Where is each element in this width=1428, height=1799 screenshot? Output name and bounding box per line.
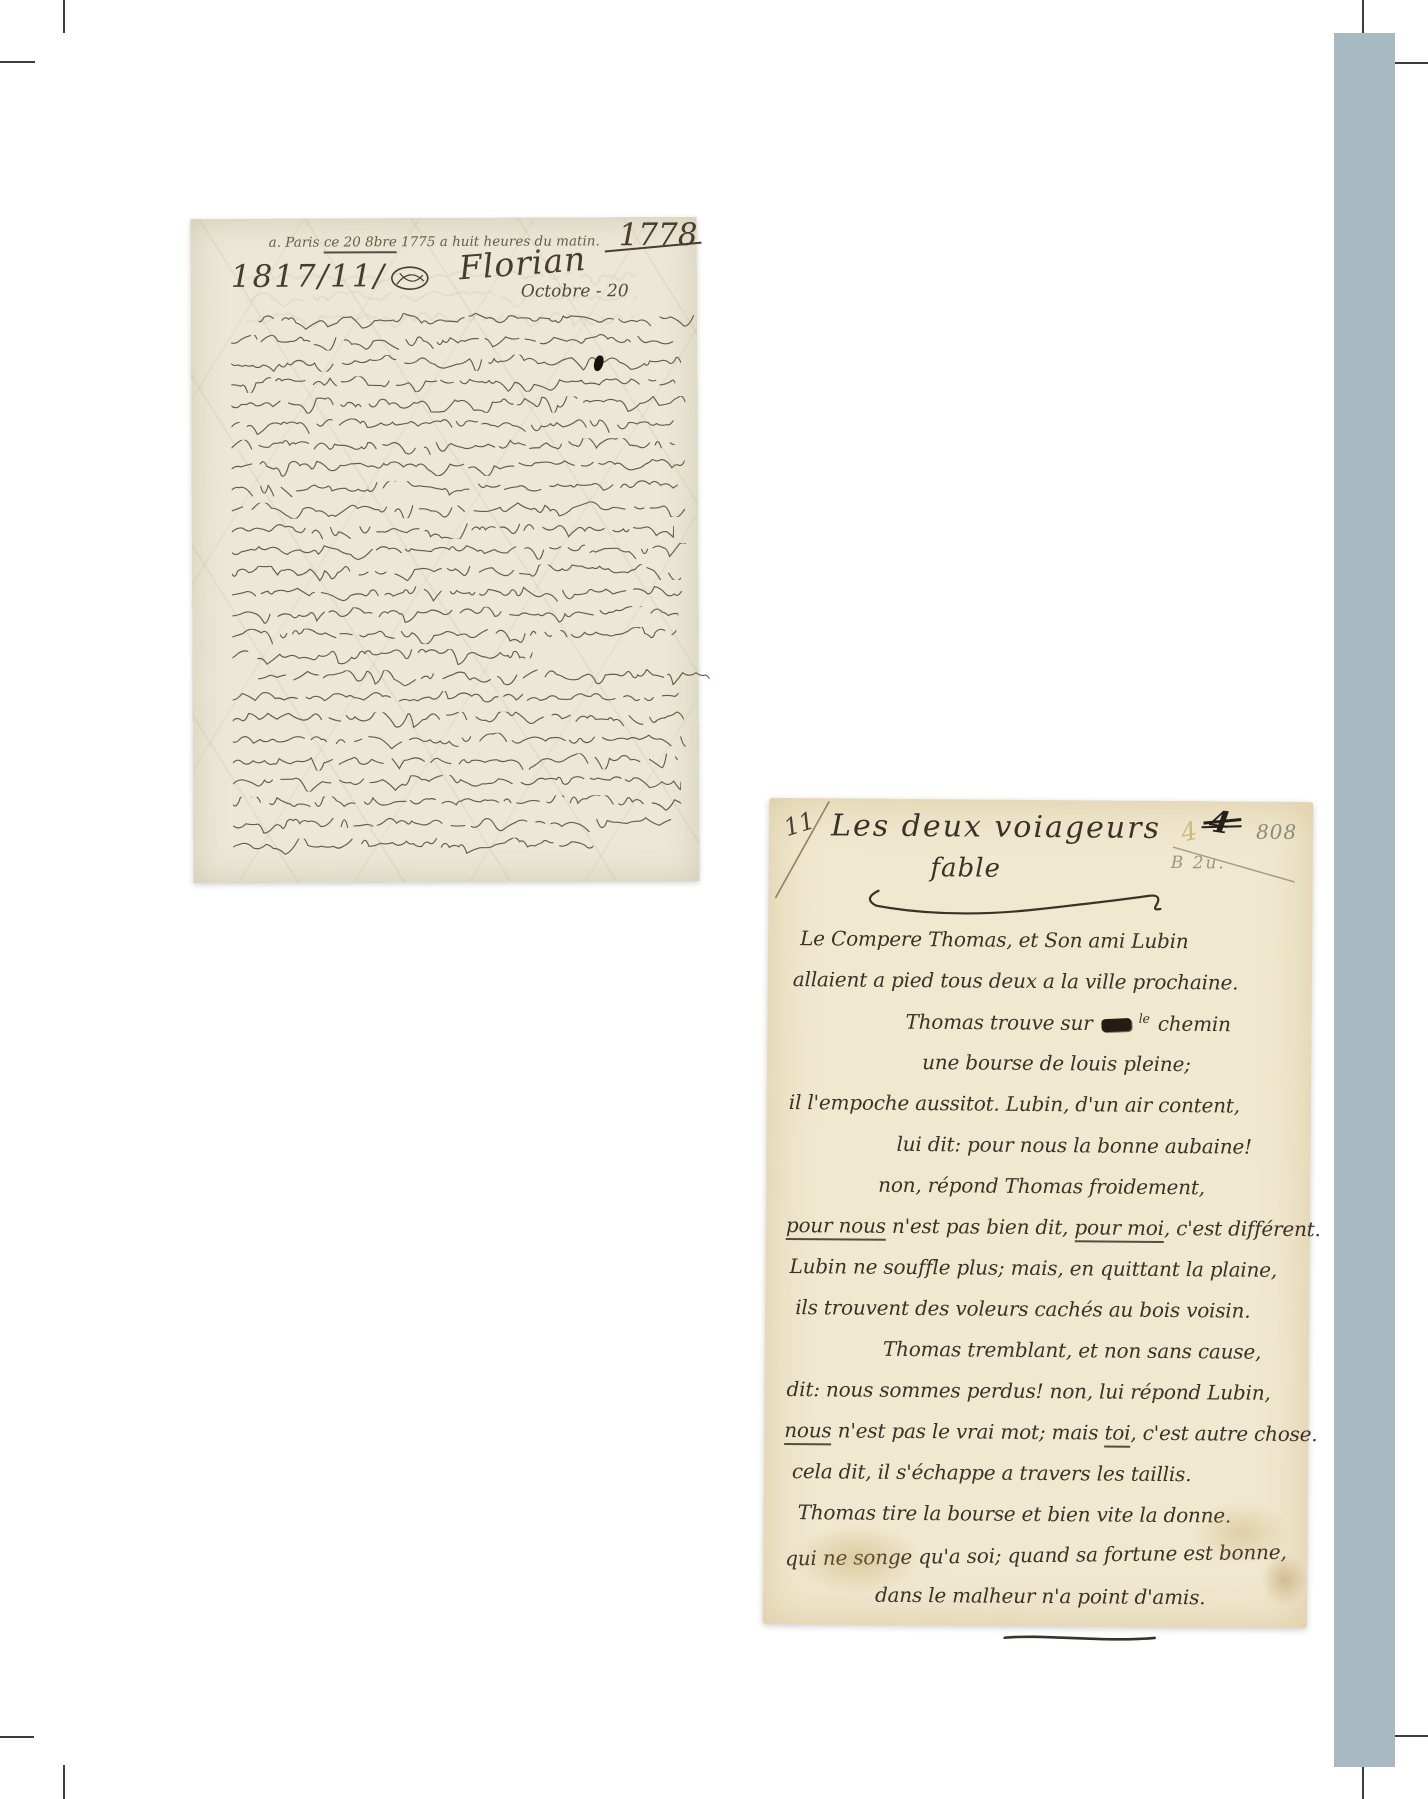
letter-script-line <box>231 396 685 414</box>
fable-line: une bourse de louis pleine; <box>922 1050 1301 1094</box>
letter-script-line <box>232 480 678 498</box>
underlined-word: pour nous <box>786 1213 886 1241</box>
fable-line: cela dit, il s'échappe a travers les tai… <box>792 1459 1298 1504</box>
letter-script-line <box>232 627 676 645</box>
fable-line: nous n'est pas le vrai mot; mais toi, c'… <box>784 1418 1298 1463</box>
fable-text: qui ne songe qu'a soi; quand sa fortune … <box>785 1540 1287 1571</box>
subtitle-flourish-line <box>860 883 1190 922</box>
fable-line: pour nous n'est pas bien dit, pour moi, … <box>786 1213 1300 1258</box>
fable-manuscript-image: 11 Les deux voiageurs fable 4 4 808 B 2u… <box>763 798 1313 1628</box>
fable-text: n'est pas bien dit, <box>886 1214 1075 1239</box>
scratched-out-word <box>1101 1018 1132 1032</box>
fable-text: non, répond Thomas froidement, <box>878 1173 1205 1200</box>
letter-script-line <box>233 816 671 834</box>
fable-annotation-4-dark: 4 <box>1207 804 1233 842</box>
underlined-word: nous <box>784 1418 831 1445</box>
letter-dateline-text: ce 20 8bre <box>324 234 397 253</box>
underlined-word: toi <box>1104 1421 1130 1448</box>
fable-text: chemin <box>1152 1012 1231 1037</box>
fable-line: non, répond Thomas froidement, <box>878 1173 1300 1217</box>
fable-line: Le Compere Thomas, et Son ami Lubin <box>800 926 1302 971</box>
letter-script-line <box>232 649 532 666</box>
letter-script-line <box>233 795 681 813</box>
fable-text: ils trouvent des voleurs cachés au bois … <box>795 1295 1250 1323</box>
letter-script-line <box>233 732 686 750</box>
letter-script-line <box>232 438 675 456</box>
fable-line: allaient a pied tous deux a la ville pro… <box>793 967 1302 1012</box>
fable-line: dit: nous sommes perdus! non, lui répond… <box>786 1377 1298 1422</box>
end-flourish-line <box>1001 1631 1161 1646</box>
letter-script-line <box>231 354 681 372</box>
crop-mark-top-right-horizontal <box>1395 62 1428 64</box>
crop-mark-bottom-left-horizontal <box>0 1736 34 1738</box>
letter-script-line <box>232 606 678 624</box>
letter-script-line <box>233 711 684 729</box>
letter-script-line <box>233 837 593 855</box>
crop-mark-top-left-horizontal <box>0 61 35 63</box>
fable-line: ils trouvent des voleurs cachés au bois … <box>795 1295 1299 1340</box>
fable-line: Lubin ne souffle plus; mais, en quittant… <box>789 1254 1299 1299</box>
fable-line: lui dit: pour nous la bonne aubaine! <box>896 1132 1300 1176</box>
fable-text: n'est pas le vrai mot; mais <box>831 1418 1104 1444</box>
fable-text: lui dit: pour nous la bonne aubaine! <box>896 1132 1252 1159</box>
fable-text: il l'empoche aussitot. Lubin, d'un air c… <box>789 1090 1240 1118</box>
fable-text-block: Le Compere Thomas, et Son ami Lubinallai… <box>783 926 1303 1651</box>
fable-text: Thomas tremblant, et non sans cause, <box>883 1337 1261 1364</box>
letter-year-annotation: 1778 <box>619 217 698 253</box>
fable-text: dans le malheur n'a point d'amis. <box>875 1583 1206 1610</box>
fable-line: qui ne songe qu'a soi; quand sa fortune … <box>785 1540 1297 1588</box>
fable-line: Thomas tremblant, et non sans cause, <box>883 1337 1299 1381</box>
catalog-page: a. Paris ce 20 8bre 1775 a huit heures d… <box>0 0 1428 1799</box>
fable-text: Le Compere Thomas, et Son ami Lubin <box>800 926 1189 953</box>
letter-script-line <box>231 417 673 435</box>
fable-text: cela dit, il s'échappe a travers les tai… <box>792 1459 1192 1486</box>
fable-title: Les deux voiageurs <box>769 808 1223 847</box>
fable-text: Thomas trouve sur <box>905 1010 1098 1036</box>
letter-script-line <box>231 333 673 351</box>
fable-line: Thomas tire la bourse et bien vite la do… <box>797 1500 1297 1545</box>
letter-script-line <box>233 669 710 687</box>
letter-script-line <box>232 543 686 561</box>
fable-text: le <box>1139 1011 1150 1026</box>
fable-text: une bourse de louis pleine; <box>922 1050 1191 1076</box>
letter-script-line <box>233 753 678 771</box>
letter-manuscript-image: a. Paris ce 20 8bre 1775 a huit heures d… <box>191 217 700 883</box>
crop-mark-bottom-left-vertical <box>63 1765 65 1799</box>
letter-dateline-text: a. Paris <box>269 235 324 251</box>
letter-script-line <box>246 290 636 308</box>
fable-line: il l'empoche aussitot. Lubin, d'un air c… <box>789 1090 1301 1135</box>
letter-script-line <box>233 774 681 792</box>
right-accent-bar <box>1334 33 1395 1767</box>
fable-text: allaient a pied tous deux a la ville pro… <box>793 967 1239 994</box>
crop-mark-bottom-right-horizontal <box>1394 1735 1428 1737</box>
fable-text: , c'est différent. <box>1164 1216 1321 1241</box>
letter-script-line <box>246 269 636 287</box>
letter-script-line <box>232 522 674 540</box>
fable-text: Thomas tire la bourse et bien vite la do… <box>798 1500 1232 1527</box>
crop-mark-bottom-right-vertical <box>1362 1767 1364 1799</box>
letter-script-line <box>232 564 681 582</box>
fable-text: , c'est autre chose. <box>1130 1421 1317 1446</box>
fable-line: Thomas trouve sur le chemin <box>905 1009 1301 1053</box>
fable-line: dans le malheur n'a point d'amis. <box>875 1583 1297 1627</box>
letter-script-line <box>232 459 685 477</box>
underlined-word: pour moi <box>1074 1215 1164 1243</box>
crop-mark-top-left-vertical <box>63 0 65 33</box>
letter-script-line <box>231 312 702 330</box>
letter-script-line <box>231 375 675 393</box>
letter-script-line <box>232 585 682 603</box>
letter-script-line <box>232 501 685 519</box>
letter-body-script <box>231 312 710 860</box>
letter-script-line <box>233 690 679 708</box>
fable-subtitle: fable <box>769 852 1163 885</box>
fable-text: dit: nous sommes perdus! non, lui répond… <box>787 1377 1271 1405</box>
pencil-diagonal-stroke <box>1169 839 1299 890</box>
fable-text: Lubin ne souffle plus; mais, en quittant… <box>789 1254 1277 1282</box>
crop-mark-top-right-vertical <box>1362 0 1364 33</box>
